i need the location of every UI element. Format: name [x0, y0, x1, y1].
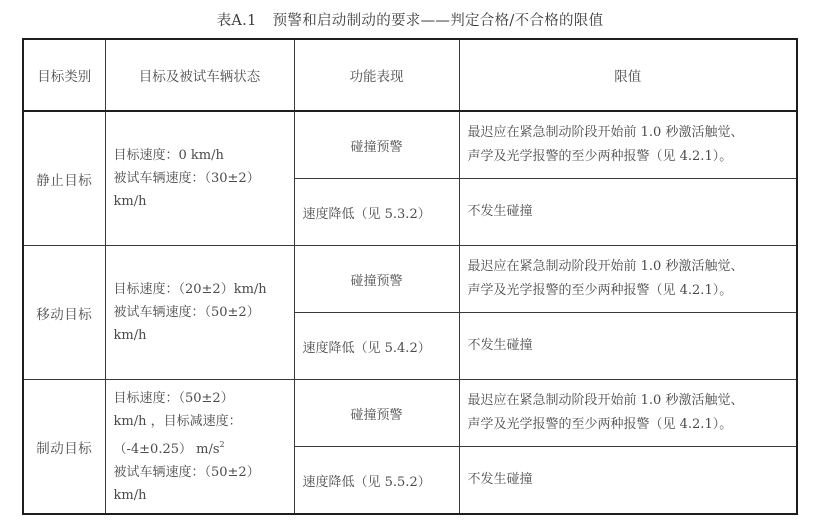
limit-line: 声学及光学报警的至少两种报警（见 4.2.1）。	[468, 145, 789, 169]
category-cell: 静止目标	[23, 111, 105, 246]
state-cell: 目标速度：0 km/h 被试车辆速度：（30±2） km/h	[105, 111, 294, 246]
state-line: 被试车辆速度：（50±2）	[114, 461, 286, 484]
table-row: 制动目标 目标速度：（50±2） km/h ，目标减速度： （-4±0.25） …	[23, 380, 797, 447]
deceleration-value: （-4±0.25） m/s	[114, 442, 220, 457]
limit-line: 最迟应在紧急制动阶段开始前 1.0 秒激活触觉、	[468, 121, 789, 145]
state-line: 目标速度：（50±2）	[114, 387, 286, 410]
state-line: km/h	[114, 324, 286, 347]
state-line: km/h	[114, 484, 286, 507]
limit-cell: 最迟应在紧急制动阶段开始前 1.0 秒激活触觉、 声学及光学报警的至少两种报警（…	[459, 380, 797, 447]
table-caption: 表A.1预警和启动制动的要求——判定合格/不合格的限值	[0, 9, 820, 30]
header-target-category: 目标类别	[23, 39, 105, 111]
function-cell: 速度降低（见 5.3.2）	[294, 179, 459, 246]
function-cell: 速度降低（见 5.5.2）	[294, 447, 459, 515]
limit-cell: 不发生碰撞	[459, 313, 797, 380]
limit-cell: 不发生碰撞	[459, 179, 797, 246]
function-cell: 碰撞预警	[294, 246, 459, 313]
requirements-table: 目标类别 目标及被试车辆状态 功能表现 限值 静止目标 目标速度：0 km/h …	[22, 38, 798, 515]
state-line: （-4±0.25） m/s2	[114, 433, 286, 461]
limit-line: 不发生碰撞	[468, 334, 789, 358]
category-cell: 制动目标	[23, 380, 105, 515]
state-line: km/h	[114, 190, 286, 213]
table-title: 预警和启动制动的要求——判定合格/不合格的限值	[273, 13, 604, 29]
limit-line: 不发生碰撞	[468, 200, 789, 224]
state-line: 目标速度：（20±2）km/h	[114, 278, 286, 301]
limit-line: 不发生碰撞	[468, 468, 789, 492]
unit-superscript: 2	[220, 440, 225, 449]
header-row: 目标类别 目标及被试车辆状态 功能表现 限值	[23, 39, 797, 111]
table-row: 静止目标 目标速度：0 km/h 被试车辆速度：（30±2） km/h 碰撞预警…	[23, 111, 797, 179]
limit-line: 最迟应在紧急制动阶段开始前 1.0 秒激活触觉、	[468, 255, 789, 279]
limit-cell: 最迟应在紧急制动阶段开始前 1.0 秒激活触觉、 声学及光学报警的至少两种报警（…	[459, 246, 797, 313]
limit-line: 最迟应在紧急制动阶段开始前 1.0 秒激活触觉、	[468, 389, 789, 413]
header-limit: 限值	[459, 39, 797, 111]
header-target-vehicle-state: 目标及被试车辆状态	[105, 39, 294, 111]
function-cell: 碰撞预警	[294, 111, 459, 179]
limit-cell: 不发生碰撞	[459, 447, 797, 515]
table-row: 移动目标 目标速度：（20±2）km/h 被试车辆速度：（50±2） km/h …	[23, 246, 797, 313]
category-cell: 移动目标	[23, 246, 105, 380]
state-line: km/h ，目标减速度：	[114, 410, 286, 433]
header-function: 功能表现	[294, 39, 459, 111]
limit-line: 声学及光学报警的至少两种报警（见 4.2.1）。	[468, 413, 789, 437]
limit-cell: 最迟应在紧急制动阶段开始前 1.0 秒激活触觉、 声学及光学报警的至少两种报警（…	[459, 111, 797, 179]
table-number: 表A.1	[217, 13, 257, 29]
limit-line: 声学及光学报警的至少两种报警（见 4.2.1）。	[468, 279, 789, 303]
state-cell: 目标速度：（20±2）km/h 被试车辆速度：（50±2） km/h	[105, 246, 294, 380]
function-cell: 碰撞预警	[294, 380, 459, 447]
state-line: 被试车辆速度：（30±2）	[114, 167, 286, 190]
function-cell: 速度降低（见 5.4.2）	[294, 313, 459, 380]
state-line: 被试车辆速度：（50±2）	[114, 301, 286, 324]
state-cell: 目标速度：（50±2） km/h ，目标减速度： （-4±0.25） m/s2 …	[105, 380, 294, 515]
state-line: 目标速度：0 km/h	[114, 144, 286, 167]
